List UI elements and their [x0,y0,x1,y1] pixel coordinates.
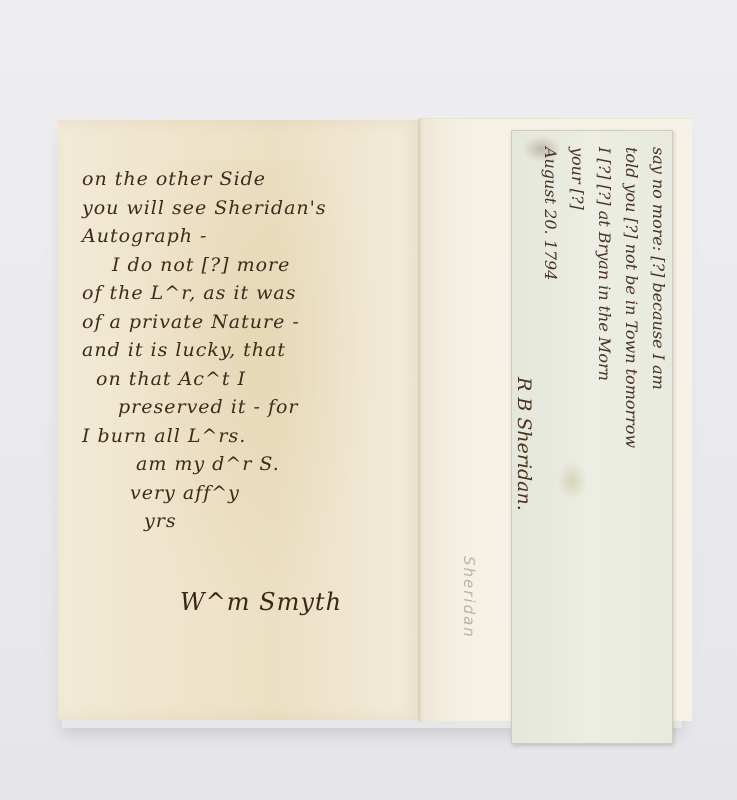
autograph-strip-text: say no more: [?] because I am told you [… [512,141,672,747]
strip-signature: R B Sheridan. [510,147,537,747]
letter-line: yrs [82,507,412,536]
letter-line: Autograph - [82,222,412,251]
letter-line: I do not [?] more [82,251,412,280]
strip-date: August 20. 1794 [537,147,564,747]
letter-line: am my d^r S. [82,450,412,479]
letter-line: you will see Sheridan's [82,194,412,223]
center-fold [418,118,424,722]
letter-line: and it is lucky, that [82,336,412,365]
strip-line: say no more: [?] because I am [645,147,672,747]
letter-line: very aff^y [82,479,412,508]
letter-line: of a private Nature - [82,308,412,337]
letter-signature: W^m Smyth [180,588,342,616]
letter-line: of the L^r, as it was [82,279,412,308]
letter-line: on that Ac^t I [82,365,412,394]
letter-line: preserved it - for [82,393,412,422]
pencil-annotation: Sheridan [460,556,478,639]
strip-line: your [?] [564,147,591,747]
letter-line: I burn all L^rs. [82,422,412,451]
letter-line: on the other Side [82,165,412,194]
strip-line: told you [?] not be in Town tomorrow [618,147,645,747]
strip-line: I [?] [?] at Bryan in the Morn [591,147,618,747]
handwritten-letter: on the other Side you will see Sheridan'… [82,165,412,536]
autograph-strip: say no more: [?] because I am told you [… [511,130,673,744]
